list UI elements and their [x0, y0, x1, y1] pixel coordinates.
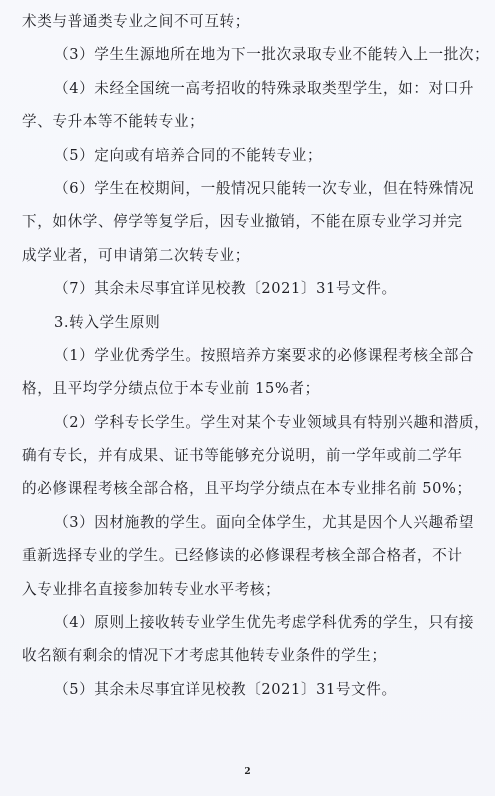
- page-number: 2: [0, 767, 495, 777]
- text-line-5: （5）定向或有培养合同的不能转专业；: [22, 144, 462, 177]
- text-line-9: （7）其余未尽事宜详见校教〔2021〕31号文件。: [22, 277, 462, 310]
- text-line-2: （3）学生生源地所在地为下一批次录取专业不能转入上一批次；: [22, 43, 462, 76]
- text-line-15: 的必修课程考核全部合格，且平均学分绩点在本专业排名前 50%；: [22, 477, 462, 510]
- text-line-11: （1）学业优秀学生。按照培养方案要求的必修课程考核全部合: [22, 344, 462, 377]
- text-line-19: （4）原则上接收转专业学生优先考虑学科优秀的学生，只有接: [22, 611, 462, 644]
- text-line-16: （3）因材施教的学生。面向全体学生，尤其是因个人兴趣希望: [22, 511, 462, 544]
- text-line-3: （4）未经全国统一高考招收的特殊录取类型学生，如：对口升: [22, 77, 462, 110]
- text-line-1: 术类与普通类专业之间不可互转；: [22, 10, 462, 43]
- document-page: 术类与普通类专业之间不可互转； （3）学生生源地所在地为下一批次录取专业不能转入…: [0, 0, 495, 796]
- text-line-14: 确有专长，并有成果、证书等能够充分说明，前一学年或前二学年: [22, 444, 462, 477]
- document-body: 术类与普通类专业之间不可互转； （3）学生生源地所在地为下一批次录取专业不能转入…: [22, 10, 462, 711]
- section-heading: 3.转入学生原则: [22, 311, 462, 344]
- text-line-20: 收名额有剩余的情况下才考虑其他转专业条件的学生；: [22, 644, 462, 677]
- text-line-17: 重新选择专业的学生。已经修读的必修课程考核全部合格者，不计: [22, 544, 462, 577]
- text-line-7: 下，如休学、停学等复学后，因专业撤销，不能在原专业学习并完: [22, 210, 462, 243]
- text-line-12: 格，且平均学分绩点位于本专业前 15%者；: [22, 377, 462, 410]
- text-line-4: 学、专升本等不能转专业；: [22, 110, 462, 143]
- text-line-6: （6）学生在校期间，一般情况只能转一次专业，但在特殊情况: [22, 177, 462, 210]
- text-line-21: （5）其余未尽事宜详见校教〔2021〕31号文件。: [22, 678, 462, 711]
- text-line-18: 入专业排名直接参加转专业水平考核；: [22, 578, 462, 611]
- text-line-13: （2）学科专长学生。学生对某个专业领域具有特别兴趣和潜质，: [22, 411, 462, 444]
- text-line-8: 成学业者，可申请第二次转专业；: [22, 244, 462, 277]
